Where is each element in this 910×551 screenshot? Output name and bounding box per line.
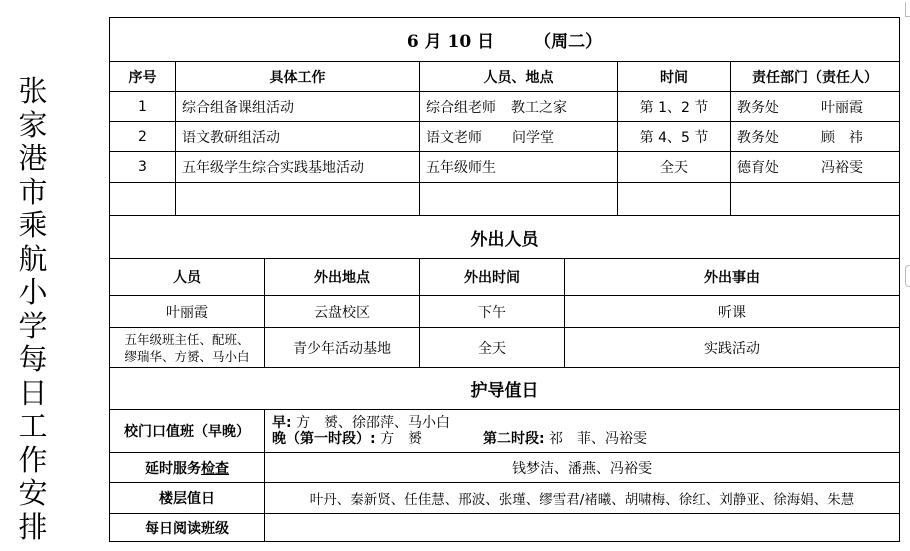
table-border-bottom bbox=[109, 541, 900, 542]
row-people: 语文老师 bbox=[426, 127, 482, 147]
outing-reason: 听课 bbox=[565, 296, 899, 327]
morning-value: 方 赟、徐邵萍、马小白 bbox=[296, 415, 450, 431]
duty-label: 延时服务检查 bbox=[110, 453, 264, 482]
column-header-people-place: 人员、地点 bbox=[420, 62, 617, 91]
row-no: 2 bbox=[110, 122, 175, 151]
page-margin-mark bbox=[905, 265, 910, 287]
outing-time: 下午 bbox=[420, 296, 564, 327]
row-people-place: 综合组老师教工之家 bbox=[420, 92, 617, 121]
outing-reason: 实践活动 bbox=[565, 328, 899, 367]
duty-label: 校门口值班（早晚） bbox=[110, 410, 264, 452]
row-dept-name: 教务处 bbox=[737, 127, 779, 147]
row-people-place: 五年级师生 bbox=[420, 152, 617, 182]
row-people: 五年级师生 bbox=[426, 157, 496, 177]
table-border-right bbox=[899, 17, 900, 542]
weekday-text: （周二） bbox=[534, 27, 602, 52]
row-task: 综合组备课组活动 bbox=[176, 92, 419, 121]
outing-people: 叶丽霞 bbox=[110, 296, 264, 327]
column-header-reason: 外出事由 bbox=[565, 259, 899, 295]
column-header-people: 人员 bbox=[110, 259, 264, 295]
outing-section-title: 外出人员 bbox=[110, 216, 899, 258]
duty-value: 钱梦洁、潘燕、冯裕雯 bbox=[265, 453, 899, 482]
evening2-value: 祁 菲、冯裕雯 bbox=[549, 431, 647, 447]
row-no: 3 bbox=[110, 152, 175, 182]
row-person: 顾 祎 bbox=[821, 127, 863, 147]
evening2-label: 第二时段: bbox=[483, 431, 545, 447]
duty-label: 楼层值日 bbox=[110, 483, 264, 513]
row-people: 综合组老师 bbox=[426, 97, 496, 117]
column-header-dept: 责任部门（责任人） bbox=[731, 62, 899, 91]
column-header-time: 外出时间 bbox=[420, 259, 564, 295]
row-dept-name: 教务处 bbox=[737, 97, 779, 117]
date-text: 6 月 10 日 bbox=[407, 27, 494, 52]
outing-people: 五年级班主任、配班、 缪瑞华、方赟、马小白 bbox=[110, 328, 264, 367]
morning-label: 早: bbox=[272, 415, 292, 431]
page-corner-mark bbox=[905, 2, 910, 17]
column-header-time: 时间 bbox=[618, 62, 730, 91]
row-time: 全天 bbox=[618, 152, 730, 182]
outing-place: 青少年活动基地 bbox=[265, 328, 419, 367]
row-dept: 教务处叶丽霞 bbox=[731, 92, 899, 121]
table-row-empty bbox=[110, 183, 899, 215]
duty-label-part: 延时服务 bbox=[145, 458, 201, 478]
duty-gate-evening: 晚（第一时段）: 方 赟 第二时段: 祁 菲、冯裕雯 bbox=[272, 431, 647, 447]
row-dept: 德育处冯裕雯 bbox=[731, 152, 899, 182]
evening1-label: 晚（第一时段）: bbox=[272, 431, 376, 447]
date-header: 6 月 10 日 （周二） bbox=[110, 18, 899, 61]
duty-gate-morning: 早: 方 赟、徐邵萍、马小白 bbox=[272, 415, 450, 431]
column-header-task: 具体工作 bbox=[176, 62, 419, 91]
duty-value bbox=[265, 514, 899, 541]
row-time: 第 4、5 节 bbox=[618, 122, 730, 151]
outing-time: 全天 bbox=[420, 328, 564, 367]
outing-people-line1: 五年级班主任、配班、 bbox=[124, 331, 249, 348]
document-side-title: 张家港市乘航小学每日工作安排 bbox=[16, 75, 50, 544]
row-person: 叶丽霞 bbox=[821, 97, 863, 117]
row-time: 第 1、2 节 bbox=[618, 92, 730, 121]
duty-gate-value: 早: 方 赟、徐邵萍、马小白 晚（第一时段）: 方 赟 第二时段: 祁 菲、冯裕… bbox=[265, 410, 899, 452]
column-header-no: 序号 bbox=[110, 62, 175, 91]
row-no: 1 bbox=[110, 92, 175, 121]
row-people-place: 语文老师问学堂 bbox=[420, 122, 617, 151]
row-task: 语文教研组活动 bbox=[176, 122, 419, 151]
row-dept: 教务处顾 祎 bbox=[731, 122, 899, 151]
row-dept-name: 德育处 bbox=[737, 157, 779, 177]
duty-label: 每日阅读班级 bbox=[110, 514, 264, 541]
duty-section-title: 护导值日 bbox=[110, 368, 899, 409]
outing-people-line2: 缪瑞华、方赟、马小白 bbox=[124, 348, 249, 365]
outing-place: 云盘校区 bbox=[265, 296, 419, 327]
column-header-place: 外出地点 bbox=[265, 259, 419, 295]
evening1-value: 方 赟 bbox=[380, 431, 422, 447]
row-person: 冯裕雯 bbox=[821, 157, 863, 177]
row-place: 教工之家 bbox=[511, 97, 567, 117]
row-task: 五年级学生综合实践基地活动 bbox=[176, 152, 419, 182]
duty-value: 叶丹、秦新贤、任佳慧、邢波、张瑾、缪雪君/褚曦、胡啸梅、徐红、刘静亚、徐海娟、朱… bbox=[265, 483, 899, 513]
row-place: 问学堂 bbox=[512, 127, 554, 147]
duty-label-part-underlined: 检查 bbox=[201, 458, 229, 478]
